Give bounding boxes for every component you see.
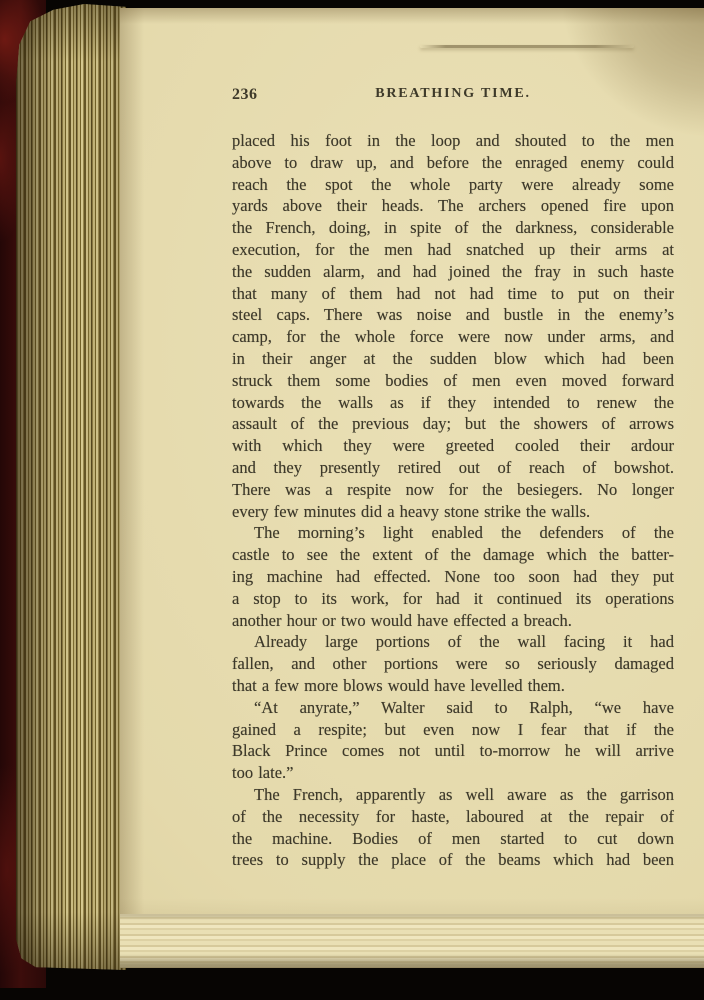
page-header: 236 BREATHING TIME. (232, 86, 674, 108)
text-line: struck them some bodies of men even move… (232, 370, 674, 392)
text-line: camp, for the whole force were now under… (232, 326, 674, 348)
text-line: Black Prince comes not until to-morrow h… (232, 740, 674, 762)
page-bottom-edges (120, 914, 704, 968)
page-crease-line (420, 45, 634, 48)
text-line: and they presently retired out of reach … (232, 457, 674, 479)
text-line: the machine. Bodies of men started to cu… (232, 828, 674, 850)
text-line: gained a respite; but even now I fear th… (232, 719, 674, 741)
text-line: placed his foot in the loop and shouted … (232, 130, 674, 152)
text-line: Already large portions of the wall facin… (232, 631, 674, 653)
text-line: the sudden alarm, and had joined the fra… (232, 261, 674, 283)
text-line: ing machine had effected. None too soon … (232, 566, 674, 588)
text-line: trees to supply the place of the beams w… (232, 849, 674, 871)
text-line: of the necessity for haste, laboured at … (232, 806, 674, 828)
text-line: towards the walls as if they intended to… (232, 392, 674, 414)
body-text: placed his foot in the loop and shouted … (232, 130, 674, 871)
text-line: every few minutes did a heavy stone stri… (232, 501, 674, 523)
text-line: too late.” (232, 762, 674, 784)
text-line: steel caps. There was noise and bustle i… (232, 304, 674, 326)
text-line: that a few more blows would have levelle… (232, 675, 674, 697)
page-number: 236 (232, 86, 258, 104)
book-photo: 236 BREATHING TIME. placed his foot in t… (0, 0, 704, 1000)
text-line: assault of the previous day; but the sho… (232, 413, 674, 435)
text-line: above to draw up, and before the enraged… (232, 152, 674, 174)
text-line: the French, doing, in spite of the darkn… (232, 217, 674, 239)
text-line: castle to see the extent of the damage w… (232, 544, 674, 566)
text-line: a stop to its work, for had it continued… (232, 588, 674, 610)
text-line: The morning’s light enabled the defender… (232, 522, 674, 544)
text-line: The French, apparently as well aware as … (232, 784, 674, 806)
text-line: There was a respite now for the besieger… (232, 479, 674, 501)
page-curl-shadow (534, 8, 704, 148)
running-title: BREATHING TIME. (232, 86, 674, 102)
text-line: yards above their heads. The archers ope… (232, 195, 674, 217)
text-line: “At anyrate,” Walter said to Ralph, “we … (232, 697, 674, 719)
text-line: another hour or two would have effected … (232, 610, 674, 632)
text-line: with which they were greeted cooled thei… (232, 435, 674, 457)
page-edge-stack (16, 4, 126, 970)
text-line: that many of them had not had time to pu… (232, 283, 674, 305)
book-page: 236 BREATHING TIME. placed his foot in t… (120, 8, 704, 968)
text-line: fallen, and other portions were so serio… (232, 653, 674, 675)
text-line: in their anger at the sudden blow which … (232, 348, 674, 370)
text-line: execution, for the men had snatched up t… (232, 239, 674, 261)
text-line: reach the spot the whole party were alre… (232, 174, 674, 196)
